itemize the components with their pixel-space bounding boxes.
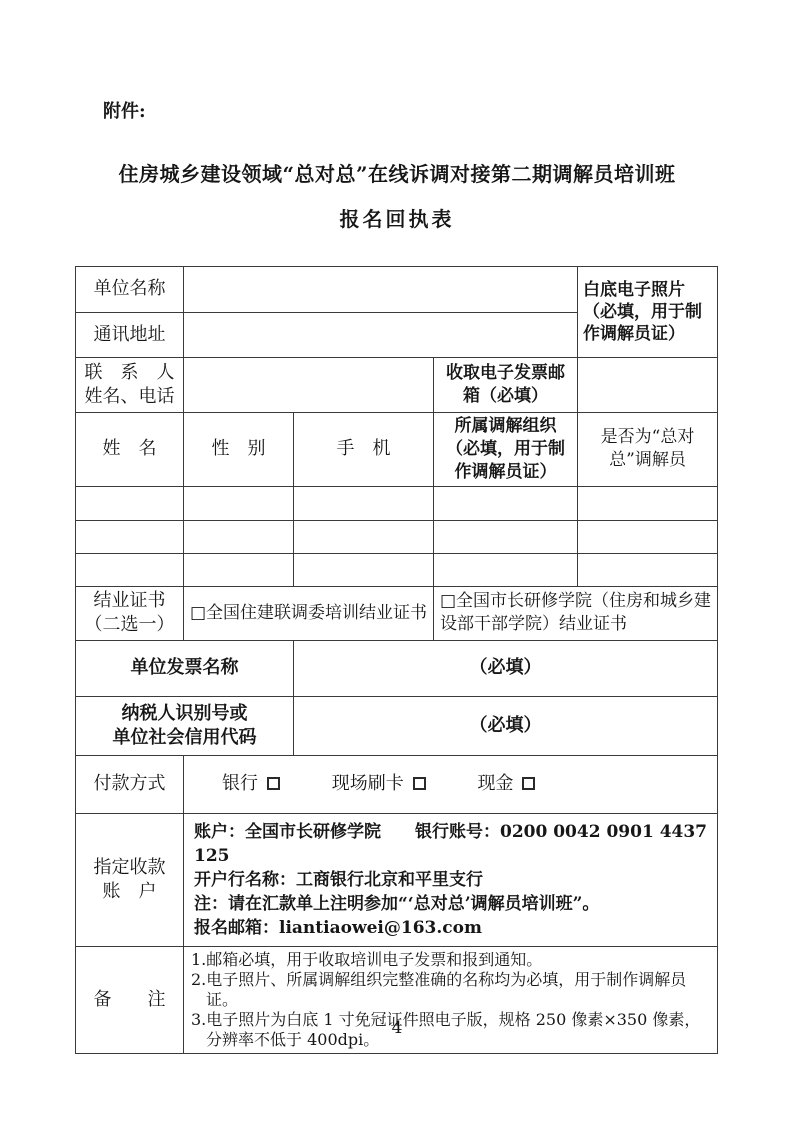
payment-option-cash-label: 现金 [477,773,513,794]
account-label: 指定收款 账 户 [76,813,184,946]
certificate-option-2[interactable]: □全国市长研修学院（住房和城乡建设部干部学院）结业证书 [434,586,718,640]
attendee-name-cell[interactable] [76,520,184,553]
gender-header: 性 别 [184,413,294,487]
address-input-cell[interactable] [184,313,578,358]
unit-name-label: 单位名称 [76,267,184,313]
payment-options-cell: 银行 现场刷卡 现金 [184,755,718,813]
account-info-line: 注：请在汇款单上注明参加“‘总对总’调解员培训班”。 [194,892,709,916]
attendee-mobile-cell[interactable] [294,553,434,586]
attendee-name-cell[interactable] [76,553,184,586]
invoice-email-label: 收取电子发票邮箱（必填） [434,358,578,413]
attendee-mobile-cell[interactable] [294,486,434,520]
payment-option-card-label: 现场刷卡 [332,773,404,794]
attendee-zdz-cell[interactable] [578,553,718,586]
account-label-line1: 指定收款 [78,856,181,880]
payment-row: 付款方式 银行 现场刷卡 现金 [76,755,718,813]
remark-item: 1.邮箱必填，用于收取培训电子发票和报到通知。 [191,950,713,970]
contact-row: 联 系 人 姓名、电话 收取电子发票邮箱（必填） [76,358,718,413]
payment-option-cash: 现金 [477,773,535,794]
mobile-header: 手 机 [294,413,434,487]
organization-header: 所属调解组织（必填，用于制作调解员证） [434,413,578,487]
certificate-label-line1: 结业证书 [78,589,181,613]
payment-option-bank-label: 银行 [222,773,258,794]
payment-option-card: 现场刷卡 [332,773,426,794]
contact-label-line1: 联 系 人 [78,361,181,385]
attendee-row [76,486,718,520]
attendee-org-cell[interactable] [434,520,578,553]
tax-id-label-line2: 单位社会信用代码 [78,726,291,750]
attendee-gender-cell[interactable] [184,486,294,520]
payment-option-bank: 银行 [222,773,280,794]
unit-name-row: 单位名称 白底电子照片（必填，用于制作调解员证） [76,267,718,313]
attendee-zdz-cell[interactable] [578,520,718,553]
account-label-line2: 账 户 [78,880,181,904]
registration-form-table: 单位名称 白底电子照片（必填，用于制作调解员证） 通讯地址 联 系 人 姓名、电… [75,266,718,1054]
attendee-name-cell[interactable] [76,486,184,520]
contact-label: 联 系 人 姓名、电话 [76,358,184,413]
account-info-line: 开户行名称：工商银行北京和平里支行 [194,868,709,892]
invoice-title-label: 单位发票名称 [76,640,294,696]
certificate-row: 结业证书 （二选一） □全国住建联调委培训结业证书 □全国市长研修学院（住房和城… [76,586,718,640]
invoice-title-row: 单位发票名称 （必填） [76,640,718,696]
is-zongduizong-header: 是否为“总对总”调解员 [578,413,718,487]
payment-label: 付款方式 [76,755,184,813]
attendee-gender-cell[interactable] [184,553,294,586]
contact-input-cell[interactable] [184,358,434,413]
invoice-email-input-cell[interactable] [578,358,718,413]
account-info-cell: 账户：全国市长研修学院 银行账号：0200 0042 0901 4437 125… [184,813,718,946]
tax-id-label-line1: 纳税人识别号或 [78,702,291,726]
checkbox-icon[interactable] [522,777,535,790]
tax-id-row: 纳税人识别号或 单位社会信用代码 （必填） [76,696,718,755]
document-title-line1: 住房城乡建设领域“总对总”在线诉调对接第二期调解员培训班 [0,158,794,187]
attendee-row [76,520,718,553]
invoice-title-input-cell[interactable]: （必填） [294,640,718,696]
account-row: 指定收款 账 户 账户：全国市长研修学院 银行账号：0200 0042 0901… [76,813,718,946]
attendee-header-row: 姓 名 性 别 手 机 所属调解组织（必填，用于制作调解员证） 是否为“总对总”… [76,413,718,487]
attendee-org-cell[interactable] [434,486,578,520]
address-label: 通讯地址 [76,313,184,358]
document-title-line2: 报名回执表 [0,203,794,232]
attendee-row [76,553,718,586]
attendee-zdz-cell[interactable] [578,486,718,520]
certificate-option-1[interactable]: □全国住建联调委培训结业证书 [184,586,434,640]
attendee-gender-cell[interactable] [184,520,294,553]
checkbox-icon[interactable] [413,777,426,790]
photo-note-cell: 白底电子照片（必填，用于制作调解员证） [578,267,718,358]
page-number: 4 [0,1018,794,1038]
account-info-line: 账户：全国市长研修学院 银行账号：0200 0042 0901 4437 125 [194,820,709,868]
remark-item: 2.电子照片、所属调解组织完整准确的名称均为必填，用于制作调解员证。 [191,970,713,1010]
tax-id-label: 纳税人识别号或 单位社会信用代码 [76,696,294,755]
attendee-org-cell[interactable] [434,553,578,586]
certificate-label: 结业证书 （二选一） [76,586,184,640]
contact-label-line2: 姓名、电话 [78,385,181,409]
unit-name-input-cell[interactable] [184,267,578,313]
tax-id-input-cell[interactable]: （必填） [294,696,718,755]
attendee-mobile-cell[interactable] [294,520,434,553]
attachment-label: 附件: [103,97,146,123]
account-info-line: 报名邮箱：liantiaowei@163.com [194,916,709,940]
checkbox-icon[interactable] [267,777,280,790]
name-header: 姓 名 [76,413,184,487]
certificate-label-line2: （二选一） [78,613,181,637]
